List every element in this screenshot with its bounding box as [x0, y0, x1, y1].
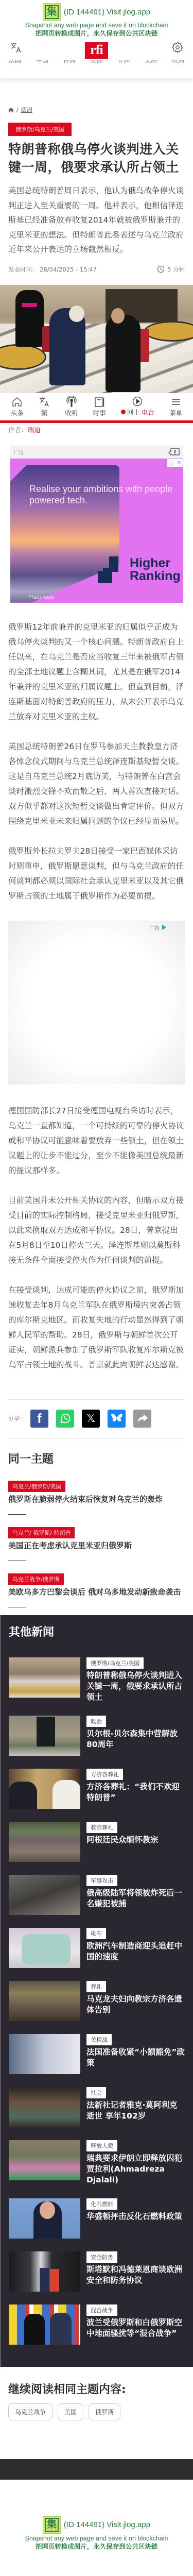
- ad-label: 广告: [149, 924, 166, 931]
- share-facebook-button[interactable]: f: [30, 1410, 48, 1428]
- adchoices-icon[interactable]: ⓘ✕: [167, 459, 183, 467]
- article-tag[interactable]: 俄罗斯/乌克兰/美国: [8, 123, 72, 136]
- share-whatsapp-button[interactable]: [56, 1410, 74, 1428]
- news-tag[interactable]: 教宗葬礼: [86, 1822, 117, 1833]
- bottom-nav-menu[interactable]: 菜单: [169, 396, 182, 417]
- news-thumbnail[interactable]: [9, 1875, 80, 1915]
- topic-tag-usa[interactable]: 美国: [58, 2403, 83, 2420]
- ad-slot-2[interactable]: 广告: [8, 921, 185, 1084]
- divider: [8, 1438, 185, 1439]
- article-lead: 美国总统特朗普周日表示，他认为俄乌战争停火谈判正进入至关重要的一周。他并表示，他…: [8, 183, 185, 257]
- news-thumbnail[interactable]: [9, 1769, 80, 1809]
- article-paragraph: 德国国防部长27日接受德国电视台采访时表示，乌克兰一直都知道，一个可持续的可靠的…: [0, 1104, 193, 1178]
- live-dot-icon: [121, 410, 126, 414]
- nav-item-americas[interactable]: 美洲: [145, 60, 157, 64]
- read-time: 5 分钟: [157, 265, 185, 274]
- news-thumbnail[interactable]: [9, 2140, 80, 2180]
- bottom-nav: 头条 繁 收听 时事 网上 电台 菜单: [0, 393, 193, 423]
- jlog-badge-icon: 集: [43, 3, 61, 21]
- topic-tag-russia[interactable]: 俄罗斯: [89, 2403, 120, 2420]
- jlog-tagline-en: Snapshot any web page and save it on blo…: [0, 22, 193, 29]
- news-card[interactable]: 葬礼马克龙夫妇向教宗方济各遗体告别: [9, 1981, 185, 2021]
- article-paragraph: 美国总统特朗普26日在罗马参加天主教教皇方济各悼念仪式期间与乌克兰总统泽连斯基短…: [0, 739, 193, 829]
- jlog-badge-icon: 集: [43, 2516, 61, 2534]
- news-icon: [94, 396, 105, 408]
- news-tag[interactable]: 政治: [86, 1716, 106, 1727]
- news-title[interactable]: 俄高级陆军将领被炸死后一名嫌犯被捕: [86, 1888, 185, 1909]
- news-card[interactable]: 政治贝尔根-贝尔森集中营解放80周年: [9, 1716, 185, 1756]
- news-tag[interactable]: 化石燃料: [86, 2198, 117, 2210]
- breadcrumb-europe-link[interactable]: 欧洲: [21, 106, 32, 114]
- news-tag[interactable]: 电车: [86, 1928, 106, 1939]
- section-nav: 法国 中国 台湾 亚洲 非洲 美洲 欧洲: [0, 60, 193, 78]
- news-title[interactable]: 法新社记者雅克·莫阿利克逝世 享年102岁: [86, 2100, 185, 2122]
- bottom-nav-traditional[interactable]: 繁: [39, 396, 50, 417]
- jlog-tagline-zh: 把网页转换成图片，永久保存到公共区块链: [0, 28, 193, 38]
- news-thumbnail[interactable]: [9, 2304, 80, 2345]
- clock-icon: [157, 265, 165, 273]
- home-icon: [11, 396, 23, 408]
- breadcrumb: / 欧洲: [0, 106, 193, 114]
- news-thumbnail[interactable]: [9, 2087, 80, 2127]
- published-label: 发表时间：: [8, 266, 38, 273]
- related-tag[interactable]: 乌克兰/ 俄罗斯/ 特朗普: [8, 1527, 75, 1538]
- related-title[interactable]: 俄罗斯在脆弱停火结束后恢复对乌克兰的轰炸: [8, 1494, 185, 1505]
- news-card[interactable]: 化石燃料华盛顿抨击反化石燃料政策: [9, 2198, 185, 2239]
- news-tag[interactable]: 社会: [86, 2087, 106, 2098]
- short-divider: [8, 1561, 26, 1561]
- nav-item-china[interactable]: 中国: [36, 60, 48, 64]
- news-card[interactable]: 安全防务斯塔默和冯德莱恩商谈欧洲安全和防务协议: [9, 2251, 185, 2292]
- topic-tag-ukraine-war[interactable]: 乌克兰战争: [8, 2403, 52, 2420]
- share-arrow-icon: [137, 1414, 148, 1423]
- news-thumbnail[interactable]: [9, 2251, 80, 2292]
- continue-reading-title: 继续阅读相同主题内容:: [8, 2381, 185, 2397]
- jlog-tagline-zh: 把网页转换成图片，永久保存到公共区块链: [0, 2541, 193, 2551]
- news-tag[interactable]: 释放人质: [86, 2140, 117, 2151]
- nav-item-france[interactable]: 法国: [9, 60, 21, 64]
- share-x-button[interactable]: 𝕏: [82, 1410, 100, 1428]
- share-more-button[interactable]: [133, 1410, 151, 1428]
- podcast-icon: [66, 396, 77, 408]
- related-title[interactable]: 美国正在考虑承认克里米亚归俄罗斯: [8, 1540, 185, 1551]
- related-title[interactable]: 美欧乌多方巴黎会谈后 俄对乌多地发动新致命袭击: [8, 1586, 185, 1598]
- article-paragraph: 在接受谈判，达成可能的停火协议之前，俄罗斯加速收复去年8月乌克兰军队在俄罗斯境内…: [0, 1283, 193, 1372]
- news-title[interactable]: 斯塔默和冯德莱恩商谈欧洲安全和防务协议: [86, 2264, 185, 2286]
- site-header: rfi: [0, 40, 193, 60]
- jlog-id-text[interactable]: (ID 144491) Visit jlog.app: [64, 2520, 150, 2529]
- ad-label: 广告: [13, 448, 24, 456]
- share-bluesky-button[interactable]: [108, 1410, 126, 1428]
- related-tag[interactable]: 乌克兰战争/俄罗斯: [8, 1573, 64, 1585]
- menu-icon: [170, 396, 182, 408]
- news-title[interactable]: 瑞典要求伊朗立即释放囚犯贾拉利(Ahmadreza Djalali): [86, 2153, 185, 2185]
- news-title[interactable]: 特朗普称俄乌停火谈判进入关键一周，俄要求承认所占领土: [86, 1670, 185, 1703]
- facebook-icon: f: [37, 1411, 42, 1427]
- article-paragraph: 俄罗斯外长拉夫罗夫28日接受一家巴西媒体采访时则重申，俄罗斯愿意谈判，但与乌克兰…: [0, 844, 193, 904]
- share-bar: 分享： f 𝕏: [0, 1400, 193, 1438]
- news-title[interactable]: 贝尔根-贝尔森集中营解放80周年: [86, 1728, 185, 1750]
- news-tag[interactable]: 军事攻击: [86, 1875, 117, 1886]
- news-card[interactable]: 混合战争波兰受俄罗斯和白俄罗斯空中地面骚扰等“混合战争”: [9, 2304, 185, 2345]
- short-divider: [8, 1514, 26, 1515]
- bottom-nav-news[interactable]: 时事: [93, 396, 106, 417]
- nav-item-taiwan[interactable]: 台湾: [63, 60, 76, 64]
- whatsapp-icon: [60, 1413, 71, 1424]
- news-tag[interactable]: 安全防务: [86, 2251, 117, 2263]
- news-card[interactable]: 社会法新社记者雅克·莫阿利克逝世 享年102岁: [9, 2087, 185, 2127]
- jlog-banner-bottom: 集 (ID 144491) Visit jlog.app Snapshot an…: [0, 2513, 193, 2554]
- news-card[interactable]: 关税战法国准备收紧“小额豁免”政策: [9, 2034, 185, 2074]
- news-thumbnail[interactable]: [9, 1928, 80, 1968]
- news-title[interactable]: 波兰受俄罗斯和白俄罗斯空中地面骚扰等“混合战争”: [86, 2317, 185, 2339]
- report-ad-icon[interactable]: [168, 448, 180, 456]
- news-card[interactable]: 电车欧洲汽车制造商迎头追赶中国的速度: [9, 1928, 185, 1968]
- news-thumbnail[interactable]: [9, 1657, 80, 1698]
- rfi-logo[interactable]: rfi: [85, 42, 108, 59]
- nav-item-asia[interactable]: 亚洲: [90, 60, 102, 64]
- article-author: 作者：瑞迪: [0, 425, 193, 434]
- article-header: 俄罗斯/乌克兰/美国 特朗普称俄乌停火谈判进入关键一周，俄要求承认所占领土 美国…: [0, 114, 193, 274]
- bottom-nav-headlines[interactable]: 头条: [11, 396, 24, 417]
- translate-icon: [39, 396, 50, 408]
- home-icon[interactable]: [8, 107, 14, 113]
- news-thumbnail[interactable]: [9, 1716, 80, 1756]
- same-topic-list: 乌克兰/俄罗斯/美国 俄罗斯在脆弱停火结束后恢复对乌克兰的轰炸 乌克兰/ 俄罗斯…: [0, 1481, 193, 1607]
- news-tag[interactable]: 混合战争: [86, 2304, 117, 2316]
- news-card[interactable]: 教宗葬礼阿根廷民众缅怀教宗: [9, 1822, 185, 1862]
- continue-reading: 继续阅读相同主题内容: 乌克兰战争 美国 俄罗斯: [0, 2381, 193, 2420]
- ad-headline: Realise your ambitions with people power…: [29, 483, 183, 506]
- news-title[interactable]: 马克龙夫妇向教宗方济各遗体告别: [86, 1994, 185, 2015]
- news-title[interactable]: 法国准备收紧“小额豁免”政策: [86, 2047, 185, 2069]
- news-thumbnail[interactable]: [9, 2198, 80, 2239]
- news-tag[interactable]: 方济各葬礼: [86, 1769, 123, 1780]
- same-topic-title: 同一主题: [0, 1450, 193, 1466]
- news-title[interactable]: 方济各葬礼：“我们不欢迎特朗普”: [86, 1782, 185, 1803]
- article-meta: 发表时间： 28/04/2025 - 15:47 5 分钟: [8, 265, 185, 274]
- news-title[interactable]: 欧洲汽车制造商迎头追赶中国的速度: [86, 1941, 185, 1962]
- bottom-nav-live-radio[interactable]: 网上 电台: [121, 396, 154, 417]
- author-name-link[interactable]: 瑞迪: [28, 426, 41, 434]
- news-card[interactable]: 军事攻击俄高级陆军将领被炸死后一名嫌犯被捕: [9, 1875, 185, 1915]
- news-tag[interactable]: 关税战: [86, 2034, 112, 2045]
- article-paragraph: 目前美国并未公开相关协议的内容，但暗示双方接受目前的实际控制格局，接受克里米亚归…: [0, 1193, 193, 1268]
- ad-terms: *T&Cs Apply: [29, 595, 55, 600]
- related-item[interactable]: 乌克兰/ 俄罗斯/ 特朗普 美国正在考虑承认克里米亚归俄罗斯: [8, 1527, 185, 1561]
- other-news-title: 其他新闻: [9, 1623, 185, 1639]
- play-icon: [132, 396, 143, 407]
- news-title[interactable]: 阿根廷民众缅怀教宗: [86, 1835, 185, 1845]
- published-date: 28/04/2025 - 15:47: [40, 266, 97, 273]
- bottom-nav-listen[interactable]: 收听: [65, 396, 78, 417]
- ad-creative[interactable]: Realise your ambitions with people power…: [10, 459, 183, 603]
- news-thumbnail[interactable]: [9, 2034, 80, 2074]
- news-card[interactable]: 释放人质瑞典要求伊朗立即释放囚犯贾拉利(Ahmadreza Djalali): [9, 2140, 185, 2185]
- ad-brand: HigherRanking: [98, 556, 181, 583]
- footer-bar: [0, 2459, 193, 2480]
- higher-ranking-logo-icon: [98, 556, 125, 583]
- related-tag[interactable]: 乌克兰/俄罗斯/美国: [8, 1481, 65, 1492]
- short-divider: [8, 1607, 26, 1607]
- x-icon: 𝕏: [86, 1412, 96, 1425]
- article-photo: [0, 285, 193, 393]
- jlog-tagline-en: Snapshot any web page and save it on blo…: [0, 2535, 193, 2542]
- other-news-section: 其他新闻 俄罗斯/乌克兰/美国特朗普称俄乌停火谈判进入关键一周，俄要求承认所占领…: [0, 1615, 193, 2367]
- jlog-id-text[interactable]: (ID 144491) Visit jlog.app: [64, 8, 150, 16]
- news-card[interactable]: 俄罗斯/乌克兰/美国特朗普称俄乌停火谈判进入关键一周，俄要求承认所占领土: [9, 1657, 185, 1703]
- news-title[interactable]: 华盛顿抨击反化石燃料政策: [86, 2211, 185, 2222]
- article-title: 特朗普称俄乌停火谈判进入关键一周，俄要求承认所占领土: [8, 140, 185, 176]
- news-thumbnail[interactable]: [9, 1981, 80, 2021]
- gear-icon[interactable]: [171, 41, 184, 54]
- adchoices-icon[interactable]: [162, 925, 166, 930]
- news-tag[interactable]: 葬礼: [86, 1981, 106, 1992]
- jlog-banner-top: 集 (ID 144491) Visit jlog.app Snapshot an…: [0, 0, 193, 40]
- bluesky-icon: [111, 1413, 123, 1424]
- article-paragraph: 俄罗斯12年前兼并的克里米亚的归属似乎正成为俄乌停火谈判的又一个核心问题。特朗普…: [0, 620, 193, 724]
- news-thumbnail[interactable]: [9, 1822, 80, 1862]
- related-item[interactable]: 乌克兰/俄罗斯/美国 俄罗斯在脆弱停火结束后恢复对乌克兰的轰炸: [8, 1481, 185, 1515]
- translate-icon[interactable]: [10, 41, 22, 54]
- news-tag[interactable]: 俄罗斯/乌克兰/美国: [86, 1657, 144, 1669]
- related-item[interactable]: 乌克兰战争/俄罗斯 美欧乌多方巴黎会谈后 俄对乌多地发动新致命袭击: [8, 1573, 185, 1607]
- share-label: 分享：: [8, 1414, 25, 1422]
- nav-item-europe[interactable]: 欧洲: [172, 60, 184, 64]
- nav-item-africa[interactable]: 非洲: [117, 60, 130, 64]
- news-card[interactable]: 方济各葬礼方济各葬礼：“我们不欢迎特朗普”: [9, 1769, 185, 1809]
- topic-tags: 乌克兰战争 美国 俄罗斯: [8, 2403, 185, 2420]
- ad-slot-1: 广告 Realise your ambitions with people po…: [10, 446, 183, 603]
- breadcrumb-separator: /: [16, 107, 19, 113]
